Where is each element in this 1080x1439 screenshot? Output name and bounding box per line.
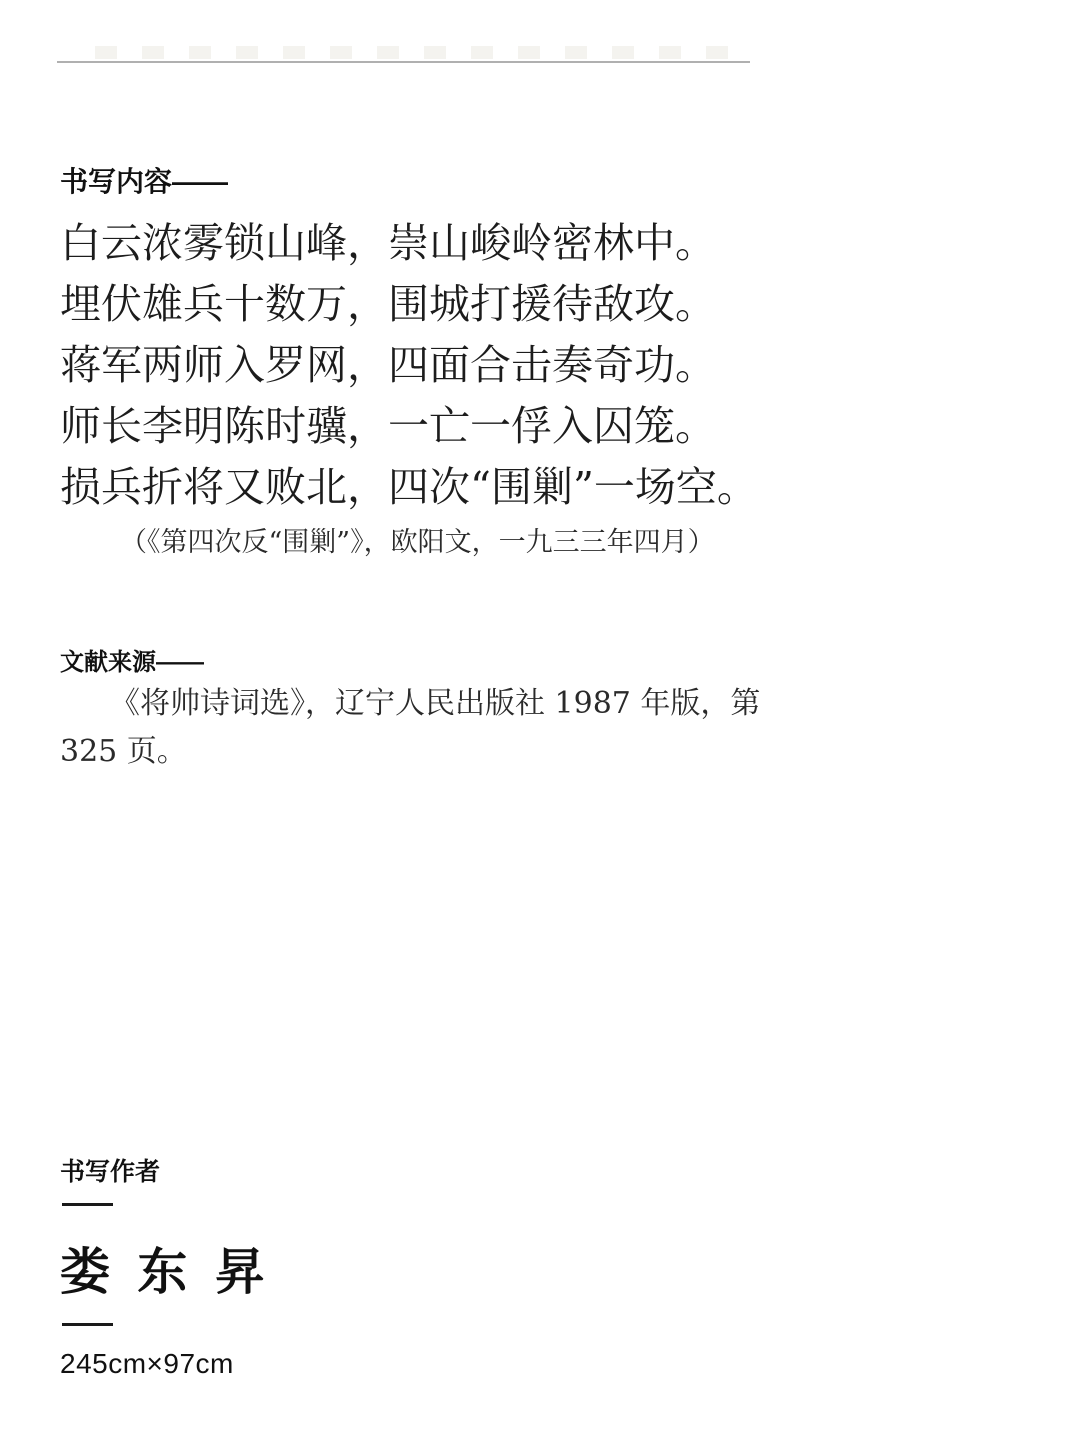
top-divider-line (57, 61, 750, 63)
poem-line: 蒋军两师入罗网，四面合击奏奇功。 (60, 335, 758, 396)
author-name: 娄 东 昇 (60, 1232, 270, 1304)
artwork-size: 245cm×97cm (60, 1348, 234, 1380)
poem-line: 埋伏雄兵十数万，围城打援待敌攻。 (60, 274, 758, 335)
author-divider-top (62, 1203, 113, 1206)
author-divider-bottom (62, 1323, 113, 1326)
citation-line: 325 页。 (60, 728, 770, 776)
author-section-heading: 书写作者 (60, 1152, 160, 1188)
faded-image-remnants (95, 46, 755, 59)
poem-line: 白云浓雾锁山峰，崇山峻岭密林中。 (60, 213, 758, 274)
poem-line: 师长李明陈时骥，一亡一俘入囚笼。 (60, 396, 758, 457)
article-page: 书写内容—— 白云浓雾锁山峰，崇山峻岭密林中。 埋伏雄兵十数万，围城打援待敌攻。… (0, 0, 1080, 1439)
source-citation: 《将帅诗词选》，辽宁人民出版社 1987 年版，第 325 页。 (60, 680, 770, 776)
poem-line: 损兵折将又败北，四次“围剿”一场空。 (60, 457, 758, 518)
source-section-heading: 文献来源—— (60, 642, 204, 677)
poem-text: 白云浓雾锁山峰，崇山峻岭密林中。 埋伏雄兵十数万，围城打援待敌攻。 蒋军两师入罗… (60, 213, 758, 518)
citation-line: 《将帅诗词选》，辽宁人民出版社 1987 年版，第 (60, 680, 770, 728)
content-section-heading: 书写内容—— (60, 160, 228, 200)
poem-attribution: （《第四次反“围剿”》，欧阳文，一九三三年四月） (120, 522, 715, 564)
